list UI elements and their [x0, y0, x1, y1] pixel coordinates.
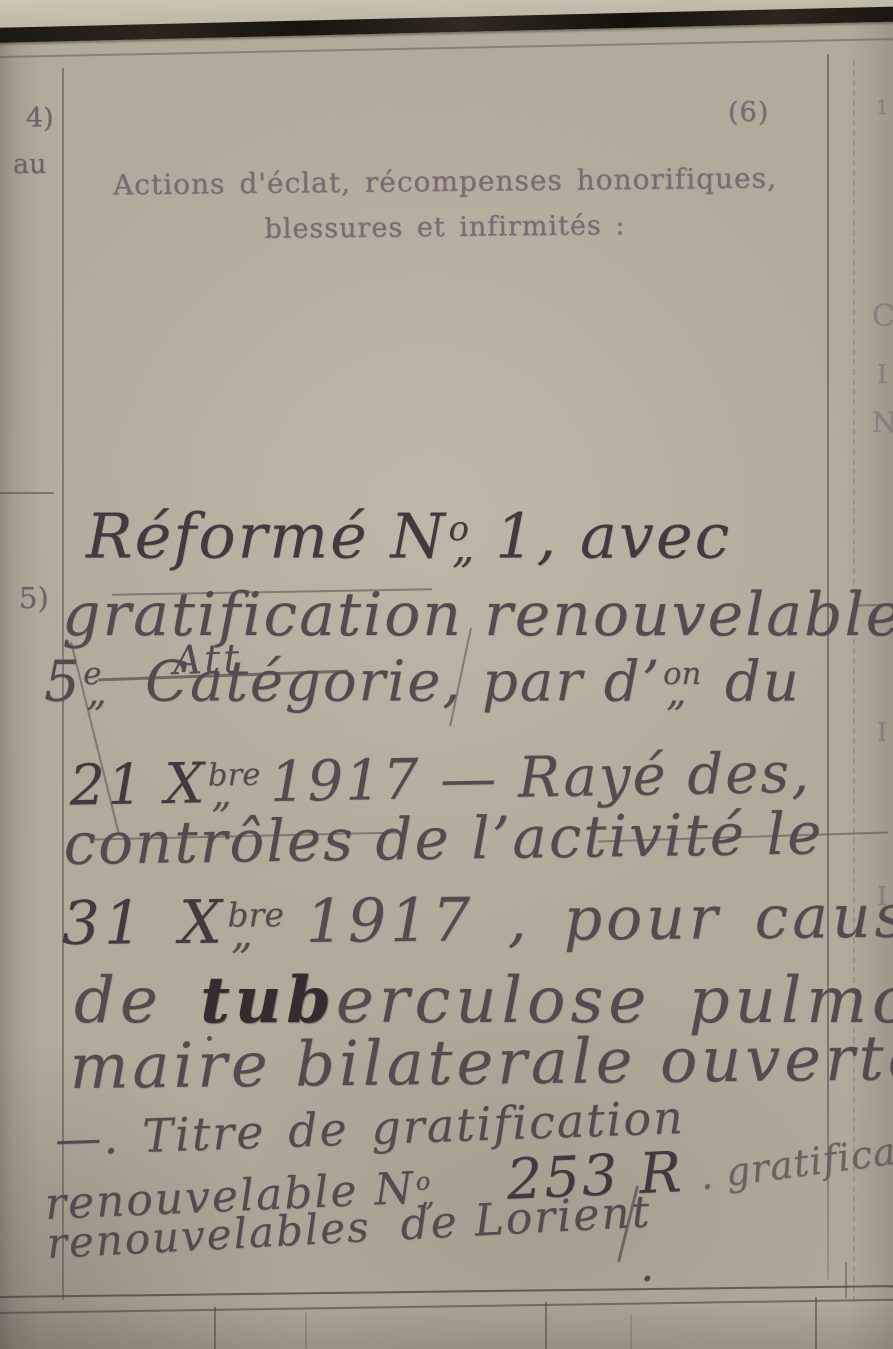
next-row-tick-1 — [214, 1307, 216, 1349]
left-margin-ref-5: 5) — [19, 581, 49, 615]
right-edge-fragment-1: 1 — [876, 95, 889, 119]
right-column-dashed-rule — [853, 60, 855, 1302]
left-margin-divider — [0, 492, 54, 494]
hw-l4-exp: bre„ — [206, 754, 251, 811]
left-margin-ref-4: 4) — [26, 103, 54, 134]
hw-l6-exp: bre„ — [226, 891, 273, 951]
hw-l1-text: Réformé N — [86, 500, 447, 573]
next-row-tick-3 — [545, 1302, 547, 1349]
column-header-line1: Actions d'éclat, récompenses honorifique… — [100, 161, 790, 201]
column-header-line2: blessures et infirmités : — [100, 208, 790, 246]
hw-l1-text2: 1, avec — [495, 500, 731, 573]
footnote-number: (6) — [728, 97, 769, 128]
hw-l3-exp2: on„ — [661, 653, 705, 709]
handwriting-line-3: 5e„ Catégorie, par d’on„ du — [44, 653, 801, 711]
next-row-tick-2 — [305, 1312, 307, 1349]
scanned-military-record-page: (6) Actions d'éclat, récompenses honorif… — [0, 0, 893, 1349]
right-edge-fragment-3: I — [877, 360, 887, 390]
right-edge-fragment-4: N — [872, 406, 893, 439]
bottom-rule-lower — [0, 1299, 893, 1314]
hw-l1-numero: o„ — [447, 505, 495, 567]
right-edge-fragment-5: I — [877, 718, 887, 748]
handwriting-end-dot: . — [640, 1238, 655, 1292]
handwriting-line-8: maire bilaterale ouverte. — [69, 1027, 893, 1098]
next-row-tick-4 — [630, 1315, 632, 1349]
cell-right-border — [827, 54, 829, 1280]
hw-l3-exp: e„ — [82, 653, 126, 709]
left-margin-word-au: au — [13, 149, 47, 180]
right-edge-fragment-2: C — [872, 299, 893, 334]
next-row-tick-5 — [815, 1297, 817, 1349]
ink-dot — [207, 1036, 212, 1041]
top-border-rule — [0, 38, 893, 58]
handwriting-line-1: Réformé No„1, avec — [86, 505, 731, 568]
bottom-rule-upper — [0, 1285, 893, 1298]
hw-l10-annotation: . gratifications — [698, 1119, 893, 1195]
right-column-stub-rule — [845, 1262, 847, 1298]
handwriting-line-6: 31 Xbre„ 1917 , pour cause — [61, 885, 893, 954]
